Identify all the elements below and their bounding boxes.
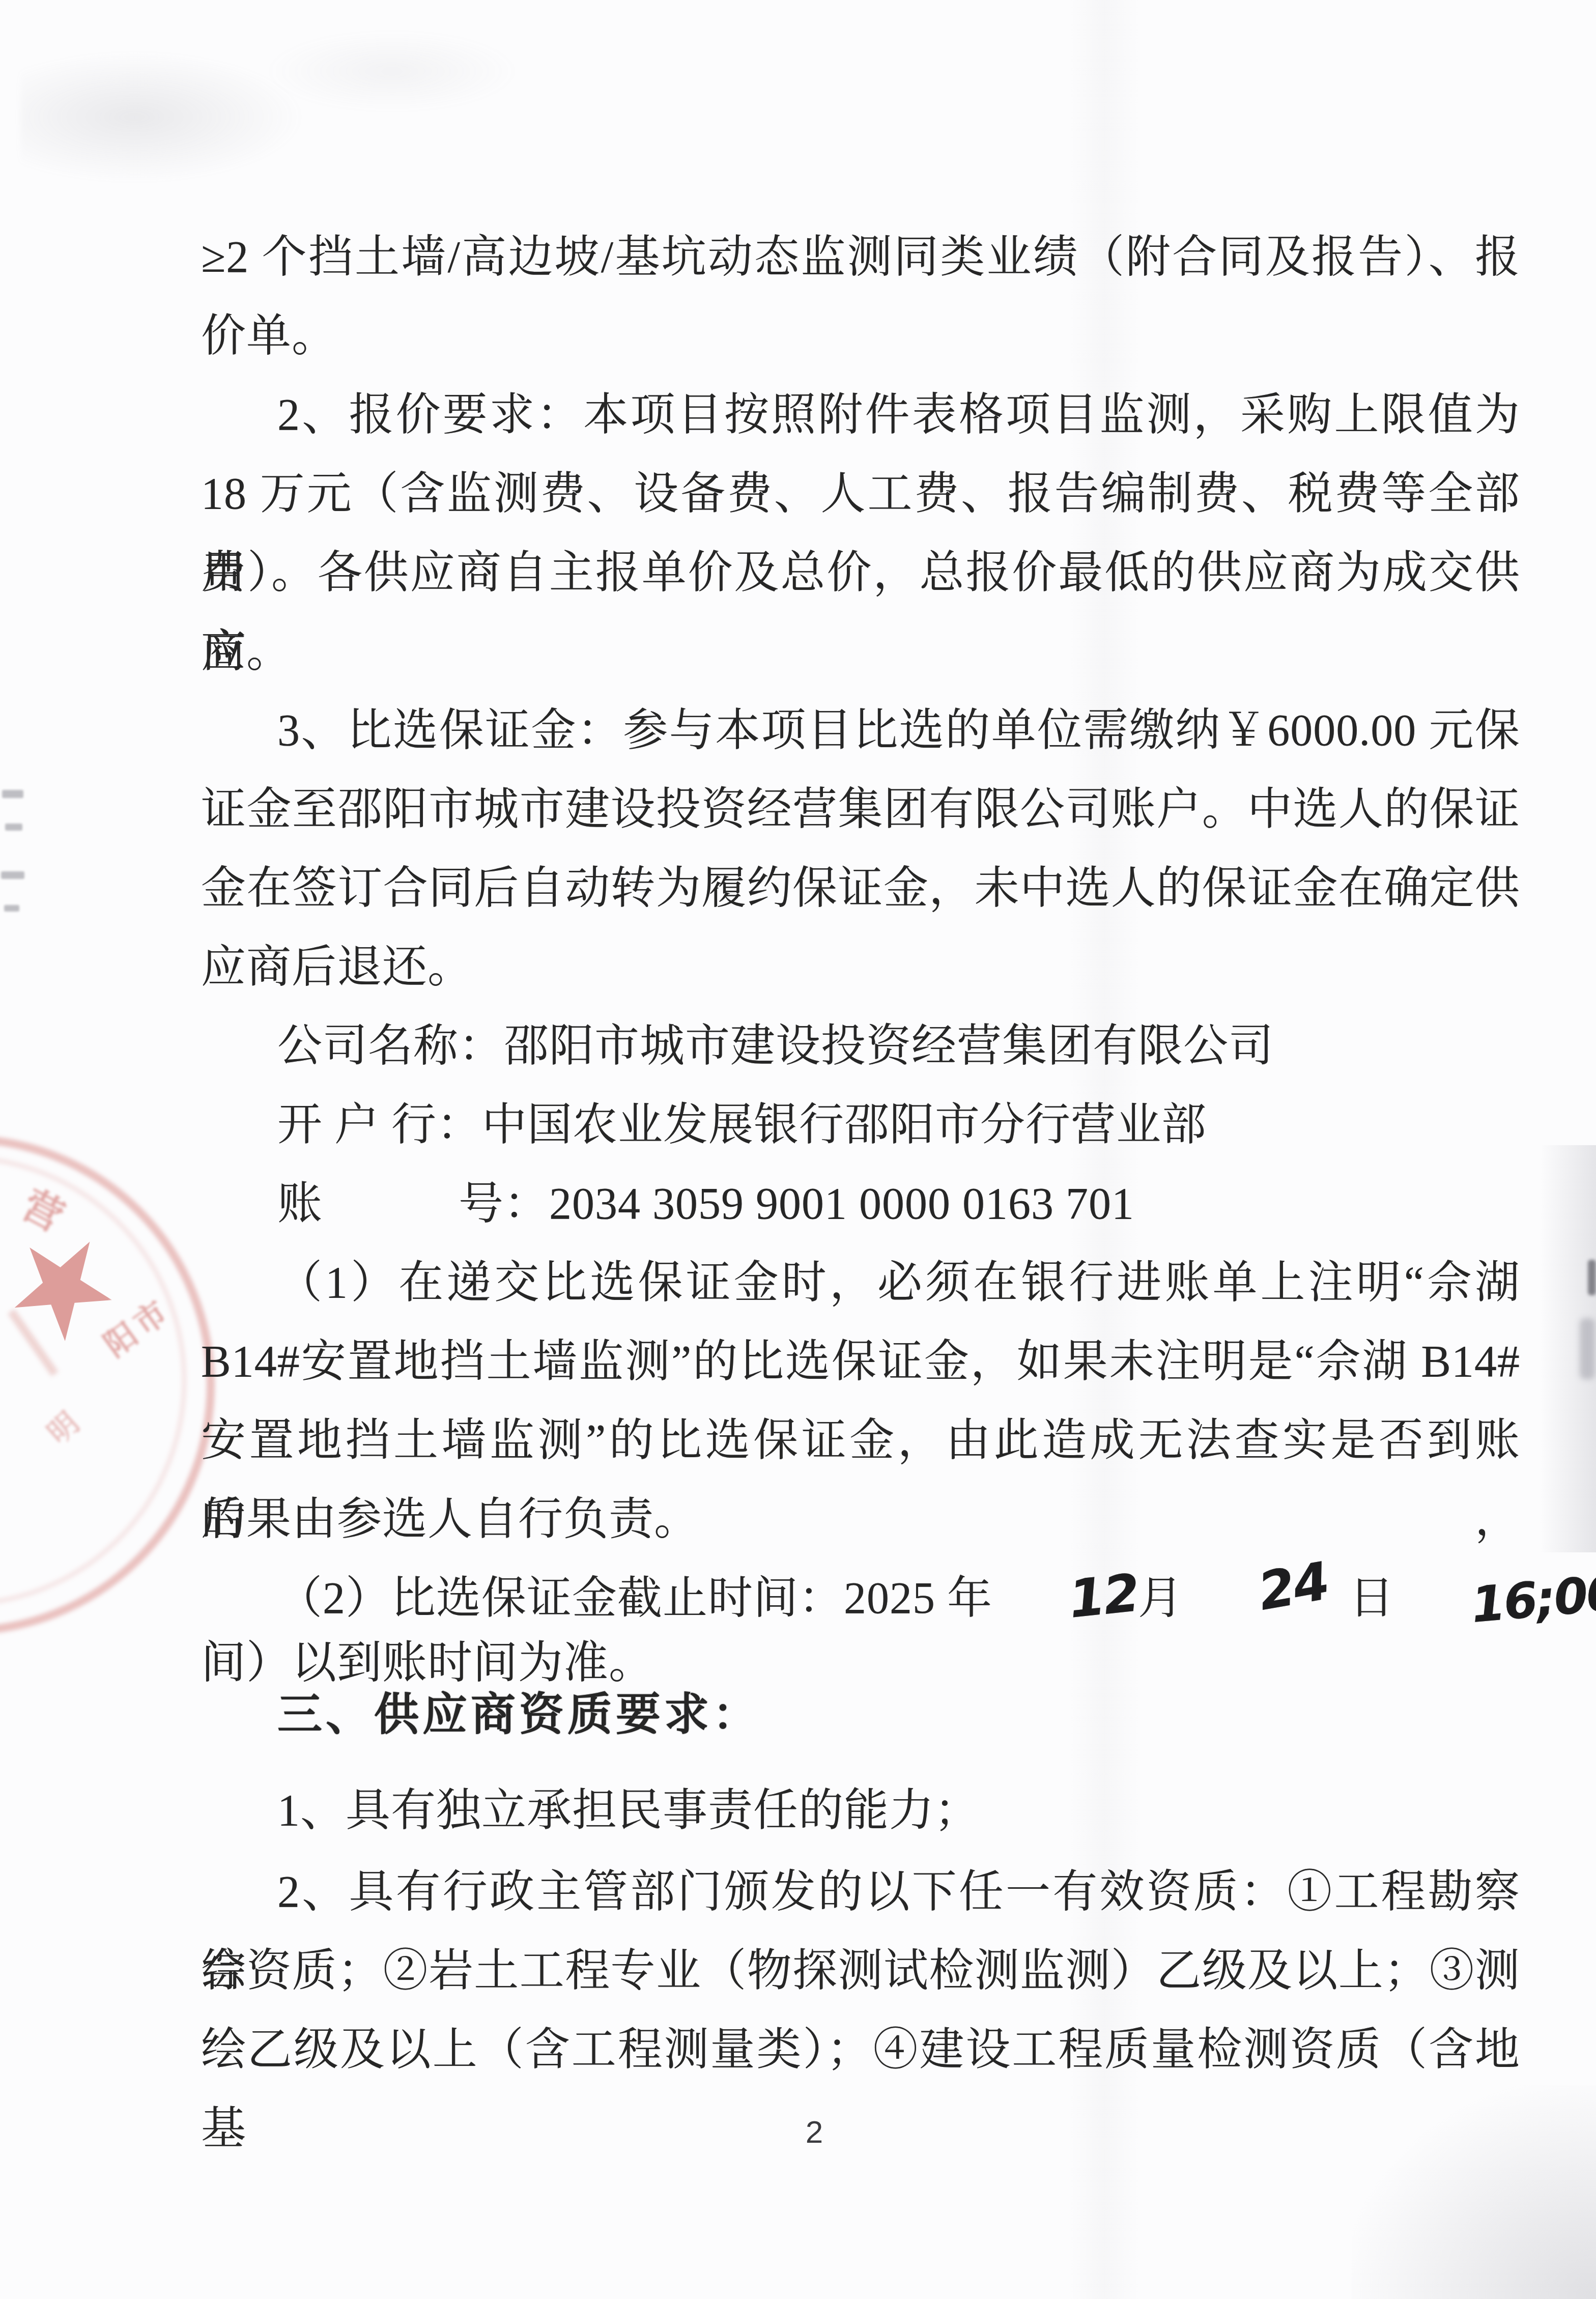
seal-text-fragment: 阳市 [94, 1286, 180, 1366]
day-label: 日 [1349, 1574, 1394, 1623]
text-line: 绘乙级及以上（含工程测量类）；④建设工程质量检测资质（含地基 [201, 2010, 1520, 2089]
edge-smudge [2, 790, 23, 798]
seal-ring-icon [0, 1135, 215, 1635]
text-line: 2、具有行政主管部门颁发的以下任一有效资质：①工程勘察综 [201, 1853, 1520, 1932]
text-line: 安置地挡土墙监测”的比选保证金，由此造成无法查实是否到账的， [201, 1401, 1520, 1480]
page-number: 2 [763, 2102, 865, 2163]
text-line: 应商后退还。 [201, 928, 1520, 1007]
seal-text-fragment: 营 [13, 1174, 75, 1243]
handwritten-day: 24 [1179, 1551, 1332, 1636]
text-line: 合资质；②岩土工程专业（物探测试检测监测）乙级及以上；③测 [201, 1932, 1520, 2010]
bank-name-line: 开 户 行：中国农业发展银行邵阳市分行营业部 [201, 1086, 1520, 1165]
scan-noise-top [265, 31, 519, 112]
text-line: 1、具有独立承担民事责任的能力； [201, 1771, 1520, 1850]
text-line: 2、报价要求：本项目按照附件表格项目监测，采购上限值为 [201, 376, 1520, 455]
seal-text-fragment: 明 [36, 1400, 87, 1452]
company-name-line: 公司名称：邵阳市城市建设投资经营集团有限公司 [201, 1007, 1520, 1086]
seal-ring-icon [0, 1155, 186, 1606]
section-heading: 三、供应商资质要求： [201, 1676, 1520, 1754]
seal-star-icon [1, 1224, 125, 1352]
edge-smudge [1, 871, 24, 879]
text-line: 证金至邵阳市城市建设投资经营集团有限公司账户。中选人的保证 [201, 770, 1520, 849]
scan-shadow-bottom-right [1352, 2085, 1596, 2299]
scan-noise-top-left [20, 51, 305, 183]
account-number-line: 账 号：2034 3059 9001 0000 0163 701 [201, 1165, 1520, 1243]
text-line: 3、比选保证金：参与本项目比选的单位需缴纳￥6000.00 元保 [201, 691, 1520, 770]
text-line: 商。 [201, 612, 1520, 691]
text-line: （1）在递交比选保证金时，必须在银行进账单上注明“佘湖 [201, 1243, 1520, 1322]
text-line: B14#安置地挡土墙监测”的比选保证金，如果未注明是“佘湖 B14# [201, 1322, 1520, 1401]
text-line: 用）。各供应商自主报单价及总价，总报价最低的供应商为成交供应 [201, 533, 1520, 612]
text-line: 18 万元（含监测费、设备费、人工费、报告编制费、税费等全部费 [201, 455, 1520, 533]
text-line: ≥2 个挡土墙/高边坡/基坑动态监测同类业绩（附合同及报告）、报 [201, 218, 1520, 297]
month-label: 月 [1138, 1574, 1183, 1623]
edge-smudge [4, 905, 19, 912]
text-line: 价单。 [201, 297, 1520, 376]
text-line: 金在签订合同后自动转为履约保证金，未中选人的保证金在确定供 [201, 849, 1520, 928]
deadline-printed-prefix: （2）比选保证金截止时间：2025 年 [277, 1574, 992, 1623]
paper-edge-mark [1588, 1260, 1596, 1295]
seal-ink-streak [8, 1309, 58, 1376]
paper-edge-shadow [1540, 1145, 1596, 1552]
scanned-document-page: 营 阳市 明 ≥2 个挡土墙/高边坡/基坑动态监测同类业绩（附合同及报告）、报 … [0, 0, 1596, 2299]
paper-edge-smudge [1580, 1318, 1595, 1379]
text-line: 后果由参选人自行负责。 [201, 1480, 1520, 1559]
edge-smudge [5, 824, 22, 831]
